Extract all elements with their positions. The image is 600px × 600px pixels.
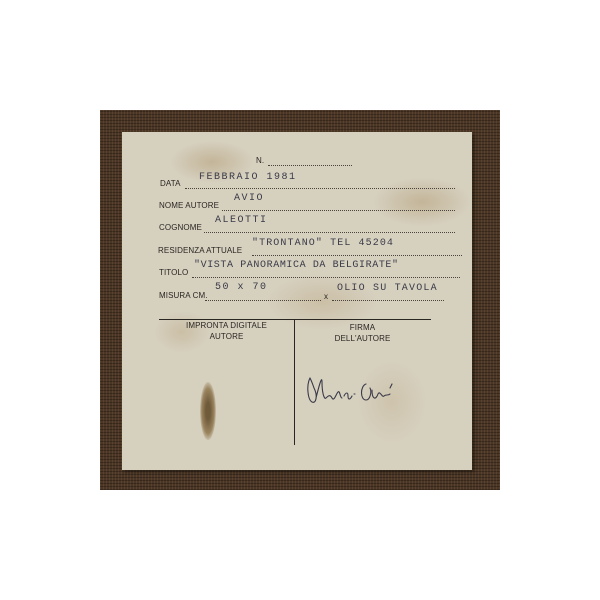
- residence-label: RESIDENZA ATTUALE: [158, 246, 242, 255]
- title-line: [192, 277, 460, 278]
- size-separator: x: [324, 292, 328, 301]
- date-value: FEBBRAIO 1981: [199, 172, 297, 183]
- size-line: [205, 300, 321, 301]
- medium-line: [332, 300, 444, 301]
- residence-value: "TRONTANO" TEL 45204: [252, 238, 394, 249]
- fingerprint-heading-line2: AUTORE: [159, 331, 294, 342]
- number-line: [268, 165, 352, 166]
- authentication-label: N. DATA FEBBRAIO 1981 NOME AUTORE AVIO C…: [122, 132, 472, 470]
- author-surname-value: ALEOTTI: [215, 215, 268, 226]
- date-line: [185, 188, 455, 189]
- title-value: "VISTA PANORAMICA DA BELGIRATE": [194, 260, 399, 271]
- medium-value: OLIO SU TAVOLA: [337, 283, 438, 294]
- signature-box-heading: FIRMA DELL'AUTORE: [294, 322, 431, 344]
- author-signature: [304, 372, 434, 412]
- fingerprint-box-heading: IMPRONTA DIGITALE AUTORE: [159, 320, 294, 342]
- residence-line: [252, 255, 462, 256]
- date-label: DATA: [160, 179, 181, 188]
- signature-heading-line2: DELL'AUTORE: [294, 333, 431, 344]
- fingerprint-stain: [200, 382, 216, 440]
- number-label: N.: [256, 156, 264, 165]
- size-label: MISURA CM.: [159, 291, 208, 300]
- fingerprint-heading-line1: IMPRONTA DIGITALE: [159, 320, 294, 331]
- title-label: TITOLO: [159, 268, 188, 277]
- author-surname-label: COGNOME: [159, 223, 202, 232]
- author-surname-line: [204, 232, 455, 233]
- author-name-value: AVIO: [234, 193, 264, 204]
- author-name-label: NOME AUTORE: [159, 201, 219, 210]
- size-value: 50 x 70: [215, 282, 268, 293]
- signature-heading-line1: FIRMA: [294, 322, 431, 333]
- author-name-line: [222, 210, 455, 211]
